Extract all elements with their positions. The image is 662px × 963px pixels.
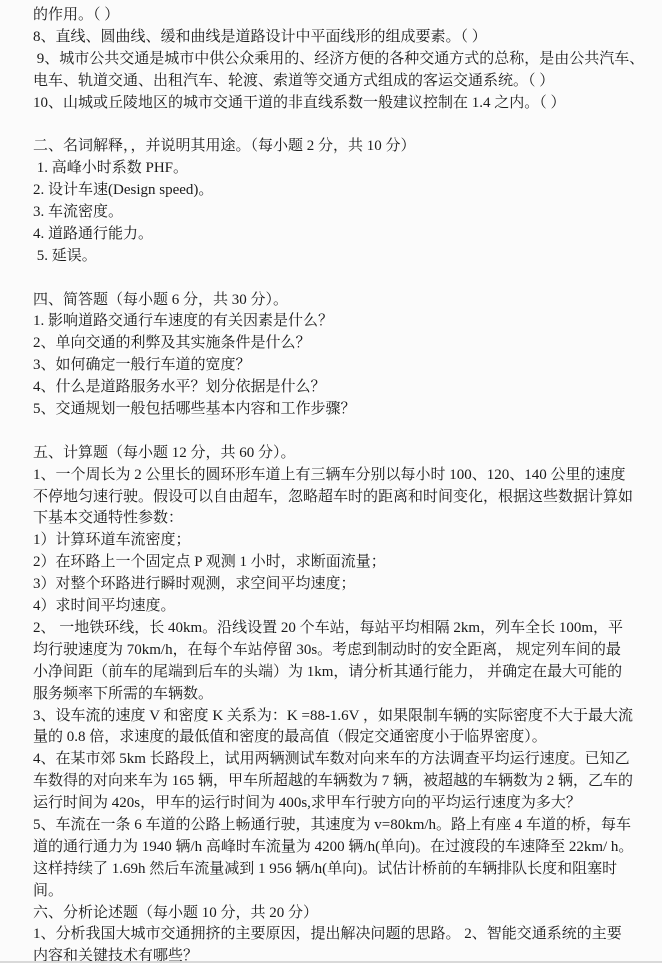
- text-line: 下基本交通特性参数：: [33, 508, 646, 530]
- text-line: 4）求时间平均速度。: [33, 596, 646, 618]
- text-line: 8、直线、圆曲线、缓和曲线是道路设计中平面线形的组成要素。（ ）: [33, 27, 646, 49]
- blank-line: [33, 268, 646, 290]
- blank-line: [33, 421, 646, 443]
- section-terms: 二、名词解释，，并说明其用途。（每小题 2 分，共 10 分） 1. 高峰小时系…: [33, 136, 646, 267]
- exam-document-page: 的作用。（ ）8、直线、圆曲线、缓和曲线是道路设计中平面线形的组成要素。（ ） …: [0, 0, 662, 963]
- text-line: 2）在环路上一个固定点 P 观测 1 小时，求断面流量；: [33, 552, 646, 574]
- text-line: 小净间距（前车的尾端到后车的头端）为 1km，请分析其通行能力， 并确定在最大可…: [33, 662, 646, 684]
- text-line: 运行时间为 420s，甲车的运行时间为 400s,求甲车行驶方向的平均运行速度为…: [33, 793, 646, 815]
- section-short-answer-items: 1. 影响道路交通行车速度的有关因素是什么？2、单向交通的利弊及其实施条件是什么…: [33, 311, 646, 420]
- text-line: 5. 延误。: [33, 246, 646, 268]
- text-line: 1、分析我国大城市交通拥挤的主要原因，提出解决问题的思路。 2、智能交通系统的主…: [33, 924, 646, 946]
- section-calculation: 五、计算题（每小题 12 分，共 60 分）。 1、一个周长为 2 公里长的圆环…: [33, 443, 646, 903]
- text-line: 2、单向交通的利弊及其实施条件是什么？: [33, 333, 646, 355]
- text-line: 3、设车流的速度 V 和密度 K 关系为：K =88-1.6V ，如果限制车辆的…: [33, 706, 646, 728]
- text-line: 不停地匀速行驶。假设可以自由超车，忽略超车时的距离和时间变化，根据这些数据计算如: [33, 487, 646, 509]
- text-line: 这样持续了 1.69h 然后车流量减到 1 956 辆/h(单向)。试估计桥前的…: [33, 859, 646, 881]
- text-line: 3. 车流密度。: [33, 202, 646, 224]
- section-terms-items: 1. 高峰小时系数 PHF。2. 设计车速(Design speed)。3. 车…: [33, 158, 646, 267]
- text-line: 电车、轨道交通、出租汽车、轮渡、索道等交通方式组成的客运交通系统。（ ）: [33, 71, 646, 93]
- text-line: 量的 0.8 倍，求速度的最低值和密度的最高值（假定交通密度小于临界密度）。: [33, 727, 646, 749]
- text-line: 车数得的对向来车为 165 辆，甲车所超越的车辆数为 7 辆，被超越的车辆数为 …: [33, 771, 646, 793]
- text-line: 1. 影响道路交通行车速度的有关因素是什么？: [33, 311, 646, 333]
- section-terms-heading: 二、名词解释，，并说明其用途。（每小题 2 分，共 10 分）: [33, 136, 646, 158]
- text-line: 3）对整个环路进行瞬时观测，求空间平均速度；: [33, 574, 646, 596]
- section-discussion: 六、分析论述题（每小题 10 分，共 20 分） 1、分析我国大城市交通拥挤的主…: [33, 903, 646, 963]
- section-discussion-heading: 六、分析论述题（每小题 10 分，共 20 分）: [33, 903, 646, 925]
- text-line: 道的通行通力为 1940 辆/h 高峰时车流量为 4200 辆/h(单向)。在过…: [33, 837, 646, 859]
- text-line: 2. 设计车速(Design speed)。: [33, 180, 646, 202]
- text-line: 5、车流在一条 6 车道的公路上畅通行驶，其速度为 v=80km/h。路上有座 …: [33, 815, 646, 837]
- text-line: 3、如何确定一般行车道的宽度？: [33, 355, 646, 377]
- text-line: 服务频率下所需的车辆数。: [33, 684, 646, 706]
- text-line: 9、城市公共交通是城市中供公众乘用的、经济方便的各种交通方式的总称，是由公共汽车…: [33, 49, 646, 71]
- section-short-answer-heading: 四、简答题（每小题 6 分，共 30 分）。: [33, 290, 646, 312]
- text-line: 4、什么是道路服务水平？划分依据是什么？: [33, 377, 646, 399]
- text-line: 1）计算环道车流密度；: [33, 530, 646, 552]
- section-discussion-items: 1、分析我国大城市交通拥挤的主要原因，提出解决问题的思路。 2、智能交通系统的主…: [33, 924, 646, 963]
- truefalse-questions-block: 的作用。（ ）8、直线、圆曲线、缓和曲线是道路设计中平面线形的组成要素。（ ） …: [33, 5, 646, 114]
- text-line: 均行驶速度为 70km/h，在每个车站停留 30s。考虑到制动时的安全距离， 规…: [33, 640, 646, 662]
- text-line: 2、 一地铁环线，长 40km。沿线设置 20 个车站，每站平均相隔 2km，列…: [33, 618, 646, 640]
- text-line: 1. 高峰小时系数 PHF。: [33, 158, 646, 180]
- text-line: 的作用。（ ）: [33, 5, 646, 27]
- blank-line: [33, 114, 646, 136]
- text-line: 4、在某市郊 5km 长路段上，试用两辆测试车数对向来车的方法调查平均运行速度。…: [33, 749, 646, 771]
- text-line: 间。: [33, 881, 646, 903]
- text-line: 1、一个周长为 2 公里长的圆环形车道上有三辆车分别以每小时 100、120、1…: [33, 465, 646, 487]
- section-calculation-heading: 五、计算题（每小题 12 分，共 60 分）。: [33, 443, 646, 465]
- text-line: 10、山城或丘陵地区的城市交通干道的非直线系数一般建议控制在 1.4 之内。（ …: [33, 93, 646, 115]
- text-line: 4. 道路通行能力。: [33, 224, 646, 246]
- text-line: 5、交通规划一般包括哪些基本内容和工作步骤？: [33, 399, 646, 421]
- section-calculation-items: 1、一个周长为 2 公里长的圆环形车道上有三辆车分别以每小时 100、120、1…: [33, 465, 646, 903]
- section-short-answer: 四、简答题（每小题 6 分，共 30 分）。 1. 影响道路交通行车速度的有关因…: [33, 290, 646, 421]
